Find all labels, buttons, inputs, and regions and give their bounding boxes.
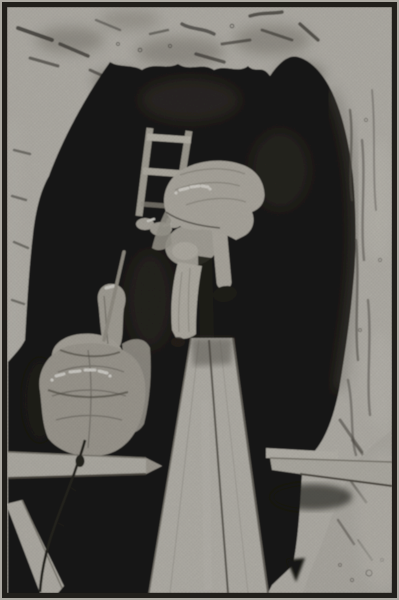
photo-content — [6, 7, 399, 593]
print-grain — [7, 7, 392, 593]
photo-canvas — [0, 0, 399, 600]
photograph — [0, 0, 399, 600]
photo-page — [0, 0, 399, 600]
